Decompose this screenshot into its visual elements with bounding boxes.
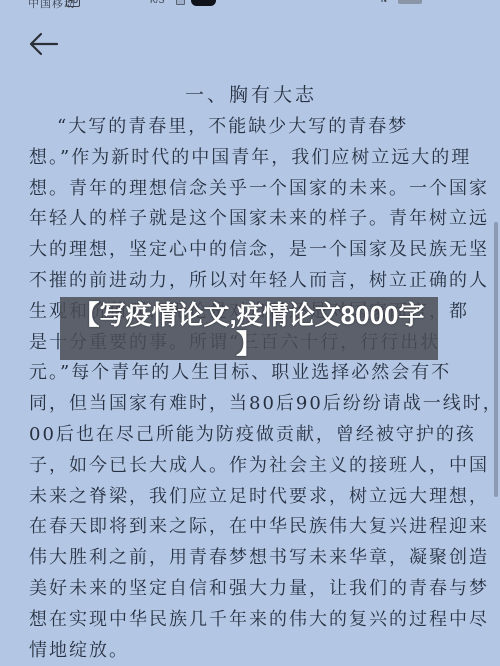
notification-pill-icon	[191, 0, 216, 6]
signal-strength-icon-2: ·····	[121, 0, 142, 5]
text-line: 美好未来的坚定自信和强大力量，让我们的青春与梦	[29, 574, 473, 605]
status-bar-content: 中国移动 HD ···· ····· K/S N	[0, 0, 500, 10]
text-line: 不摧的前进动力，所以对年轻人而言，树立正确的人	[29, 266, 473, 297]
scrollbar-thumb[interactable]	[494, 222, 498, 497]
hd-voice-icon: HD	[66, 0, 80, 7]
battery-icon	[398, 0, 422, 4]
text-line: 想。”作为新时代的中国青年，我们应树立远大的理	[29, 143, 473, 174]
text-line: 想。青年的理想信念关乎一个国家的未来。一个国家	[29, 174, 473, 205]
status-bar: 中国移动 HD ···· ····· K/S N	[0, 0, 500, 10]
left-arrow-icon	[26, 29, 60, 59]
watermark-text-line2: 】	[236, 330, 262, 358]
text-line: 想在实现中华民族几千年来的伟大的复兴的过程中尽	[29, 605, 473, 636]
nfc-icon: N	[381, 0, 387, 4]
text-line: 在春天即将到来之际，在中华民族伟大复兴进程迎来	[29, 512, 473, 543]
text-line: 未来之脊梁，我们应立足时代要求，树立远大理想，	[29, 482, 473, 513]
section-title: 一、胸有大志	[29, 78, 473, 112]
message-icon	[176, 0, 185, 5]
text-line: “大写的青春里，不能缺少大写的青春梦	[29, 112, 473, 143]
text-line: 伟大胜利之前，用青春梦想书写未来华章，凝聚创造	[29, 543, 473, 574]
back-button[interactable]	[26, 29, 60, 59]
article-body: 一、胸有大志 “大写的青春里，不能缺少大写的青春梦想。”作为新时代的中国青年，我…	[29, 78, 473, 666]
text-line: 大的理想，坚定心中的信念，是一个国家及民族无坚	[29, 235, 473, 266]
text-line: 00后也在尽己所能为防疫做贡献，曾经被守护的孩	[29, 420, 473, 451]
text-line: 子，如今已长大成人。作为社会主义的接班人，中国	[29, 451, 473, 482]
watermark-text-line1: 【写疫情论文,疫情论文8000字	[73, 300, 424, 330]
text-line: 情地绽放。	[29, 636, 473, 666]
watermark-overlay: 【写疫情论文,疫情论文8000字 】	[60, 297, 438, 360]
network-speed-label: K/S	[150, 0, 165, 5]
text-line: 元。”每个青年的人生目标、职业选择必然会有不	[29, 358, 473, 389]
signal-strength-icon: ····	[96, 0, 113, 5]
text-line: 同，但当国家有难时，当80后90后纷纷请战一线时，	[29, 389, 473, 420]
paragraph-lines: “大写的青春里，不能缺少大写的青春梦想。”作为新时代的中国青年，我们应树立远大的…	[29, 112, 473, 666]
text-line: 年轻人的样子就是这个国家未来的样子。青年树立远	[29, 204, 473, 235]
document-viewer-screen: 中国移动 HD ···· ····· K/S N 一、胸有大志 “大写的青春里，…	[0, 0, 500, 666]
